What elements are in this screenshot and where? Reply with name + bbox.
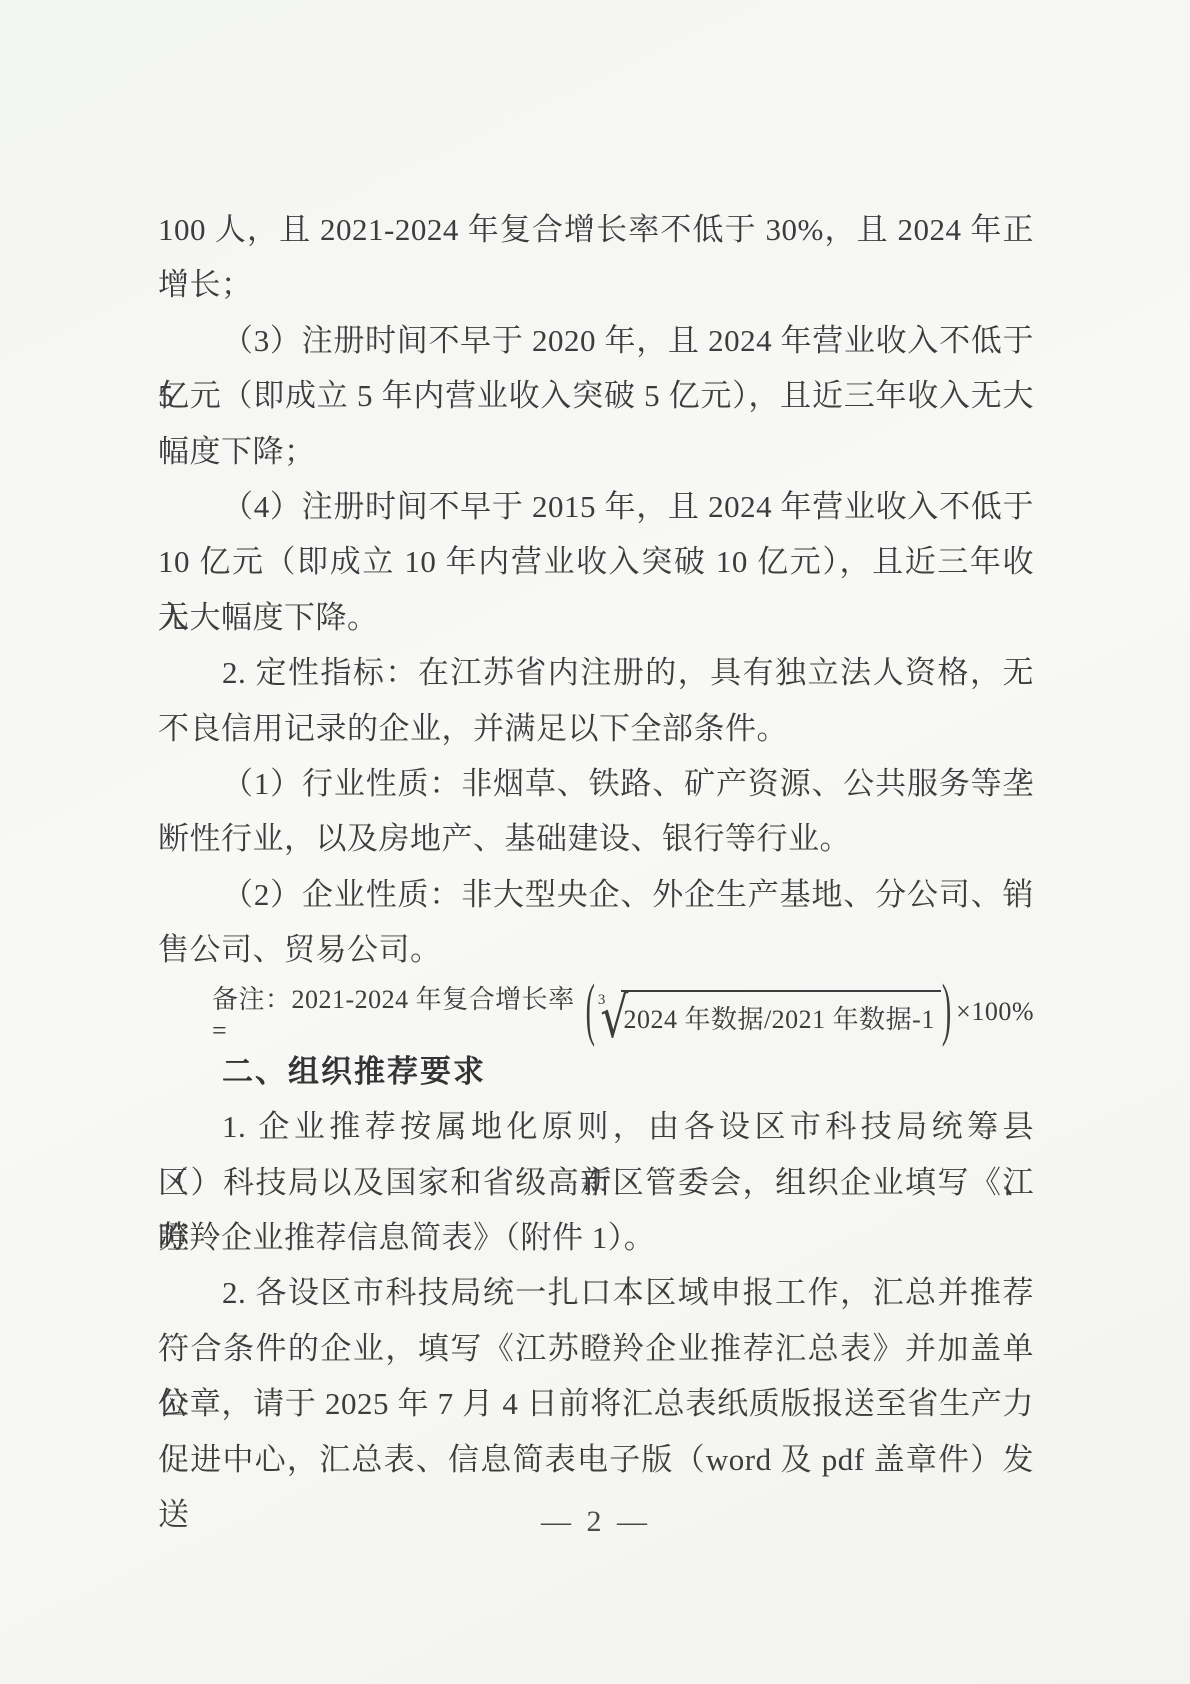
radicand: 2024 年数据/2021 年数据-1: [621, 990, 940, 1036]
text-line: 促进中心，汇总表、信息简表电子版（word 及 pdf 盖章件）发送: [158, 1432, 1034, 1487]
lines-before-formula: 100 人，且 2021-2024 年复合增长率不低于 30%，且 2024 年…: [158, 202, 1034, 977]
formula-prefix: 备注：2021-2024 年复合增长率=: [212, 979, 585, 1046]
text-line: 公章，请于 2025 年 7 月 4 日前将汇总表纸质版报送至省生产力: [158, 1376, 1034, 1431]
text-line: 瞪羚企业推荐信息简表》（附件 1）。: [158, 1210, 1034, 1265]
formula-suffix: ×100%: [956, 997, 1034, 1027]
text-line: 区）科技局以及国家和省级高新区管委会，组织企业填写《江苏: [158, 1155, 1034, 1210]
cube-root-index: 3: [598, 993, 606, 1008]
note-formula-line: 备注：2021-2024 年复合增长率=(3√2024 年数据/2021 年数据…: [158, 984, 1034, 1039]
text-line: 2. 各设区市科技局统一扎口本区域申报工作，汇总并推荐: [158, 1265, 1034, 1320]
text-line: 幅度下降；: [158, 424, 1034, 479]
text-line: 无大幅度下降。: [158, 590, 1034, 645]
text-line: 符合条件的企业，填写《江苏瞪羚企业推荐汇总表》并加盖单位: [158, 1321, 1034, 1376]
document-page: 100 人，且 2021-2024 年复合增长率不低于 30%，且 2024 年…: [0, 0, 1190, 1684]
section-heading: 二、组织推荐要求: [158, 1044, 1034, 1099]
text-line: 不良信用记录的企业，并满足以下全部条件。: [158, 701, 1034, 756]
text-line: 售公司、贸易公司。: [158, 922, 1034, 977]
text-line: （3）注册时间不早于 2020 年，且 2024 年营业收入不低于 5: [158, 313, 1034, 368]
text-line: 100 人，且 2021-2024 年复合增长率不低于 30%，且 2024 年…: [158, 202, 1034, 257]
document-body: 100 人，且 2021-2024 年复合增长率不低于 30%，且 2024 年…: [158, 202, 1034, 1487]
formula-close-paren: ): [942, 977, 951, 1047]
text-line: 增长；: [158, 257, 1034, 312]
text-line: （1）行业性质：非烟草、铁路、矿产资源、公共服务等垄: [158, 756, 1034, 811]
formula-open-paren: (: [586, 977, 595, 1047]
text-line: 2. 定性指标：在江苏省内注册的，具有独立法人资格，无: [158, 645, 1034, 700]
text-line: 10 亿元（即成立 10 年内营业收入突破 10 亿元），且近三年收入: [158, 534, 1034, 589]
text-line: （4）注册时间不早于 2015 年，且 2024 年营业收入不低于: [158, 479, 1034, 534]
text-line: 亿元（即成立 5 年内营业收入突破 5 亿元），且近三年收入无大: [158, 368, 1034, 423]
cube-root: 3√2024 年数据/2021 年数据-1: [596, 990, 941, 1036]
lines-after-formula: 二、组织推荐要求1. 企业推荐按属地化原则，由各设区市科技局统筹县（市、区）科技…: [158, 1044, 1034, 1487]
text-line: 断性行业，以及房地产、基础建设、银行等行业。: [158, 811, 1034, 866]
text-line: （2）企业性质：非大型央企、外企生产基地、分公司、销: [158, 867, 1034, 922]
text-line: 1. 企业推荐按属地化原则，由各设区市科技局统筹县（市、: [158, 1099, 1034, 1154]
page-number: — 2 —: [158, 1505, 1034, 1539]
